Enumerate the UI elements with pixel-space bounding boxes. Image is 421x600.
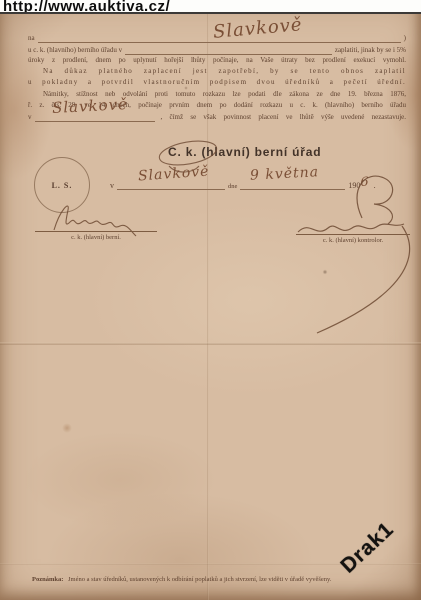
body-line-6: Námitky, stížnost neb odvolání proti tom… bbox=[28, 90, 406, 100]
line2-post: zaplatiti, jinak by se i 5% bbox=[335, 46, 406, 55]
date-period: . bbox=[374, 181, 376, 190]
horizontal-fold-crease bbox=[0, 342, 421, 345]
seal-text: L. S. bbox=[52, 181, 73, 190]
office-heading: C. k. (hlavní) berní úřad bbox=[168, 145, 321, 159]
line1-end: ) bbox=[404, 34, 406, 43]
signature-right-label: c. k. (hlavní) kontrolor. bbox=[296, 237, 410, 244]
date-line: v dne 190 6 . bbox=[110, 176, 391, 190]
date-prefix: v bbox=[110, 181, 114, 190]
signature-block-left: c. k. (hlavní) berní. bbox=[35, 231, 157, 241]
seller-watermark: Drak1 bbox=[336, 518, 399, 579]
signature-rule bbox=[35, 231, 157, 232]
line8-pre: v bbox=[28, 113, 32, 122]
body-line-7: ř. z. čís. 29, ve 14 dnech, počínaje prv… bbox=[28, 101, 406, 111]
line2-pre: u c. k. (hlavního) berního úřadu v bbox=[28, 46, 122, 55]
footnote: Poznámka: Jméno a stav úředníků, ustanov… bbox=[32, 576, 401, 584]
seal-placeholder-circle: L. S. bbox=[34, 157, 90, 213]
scanned-tax-document: http://www.auktiva.cz/ na ) u c. k. (hla… bbox=[0, 0, 421, 600]
footnote-label: Poznámka: bbox=[32, 576, 68, 584]
body-line-1: na ) bbox=[28, 33, 406, 43]
body-line-2: u c. k. (hlavního) berního úřadu v zapla… bbox=[28, 45, 406, 55]
year-printed: 190 bbox=[348, 181, 360, 190]
line1-pre: na bbox=[28, 34, 35, 43]
fill-in-rule bbox=[38, 35, 401, 43]
body-line-4: Na důkaz platného zaplacení jest zapotře… bbox=[28, 67, 406, 77]
fill-in-rule bbox=[240, 180, 345, 190]
fill-in-rule bbox=[35, 114, 155, 122]
body-line-5: u pokladny a potvrdil vlastnoručním podp… bbox=[28, 78, 406, 88]
signature-right-icon bbox=[270, 168, 420, 338]
body-line-8: v , čímž se však povinnost placení ve lh… bbox=[28, 112, 406, 122]
signature-block-right: c. k. (hlavní) kontrolor. bbox=[296, 234, 410, 244]
body-line-3: úroky z prodlení, dnem po uplynutí hořej… bbox=[28, 56, 406, 66]
line8-post: , čímž se však povinnost placení ve lhůt… bbox=[161, 113, 407, 122]
fill-in-rule bbox=[117, 180, 225, 190]
signature-left-label: c. k. (hlavní) berní. bbox=[35, 234, 157, 241]
auction-site-url-watermark: http://www.auktiva.cz/ bbox=[0, 0, 421, 14]
handwritten-year-digit: 6 bbox=[360, 175, 369, 190]
fill-in-rule bbox=[125, 47, 332, 55]
signature-rule bbox=[296, 234, 410, 235]
date-dne-label: dne bbox=[228, 183, 237, 190]
